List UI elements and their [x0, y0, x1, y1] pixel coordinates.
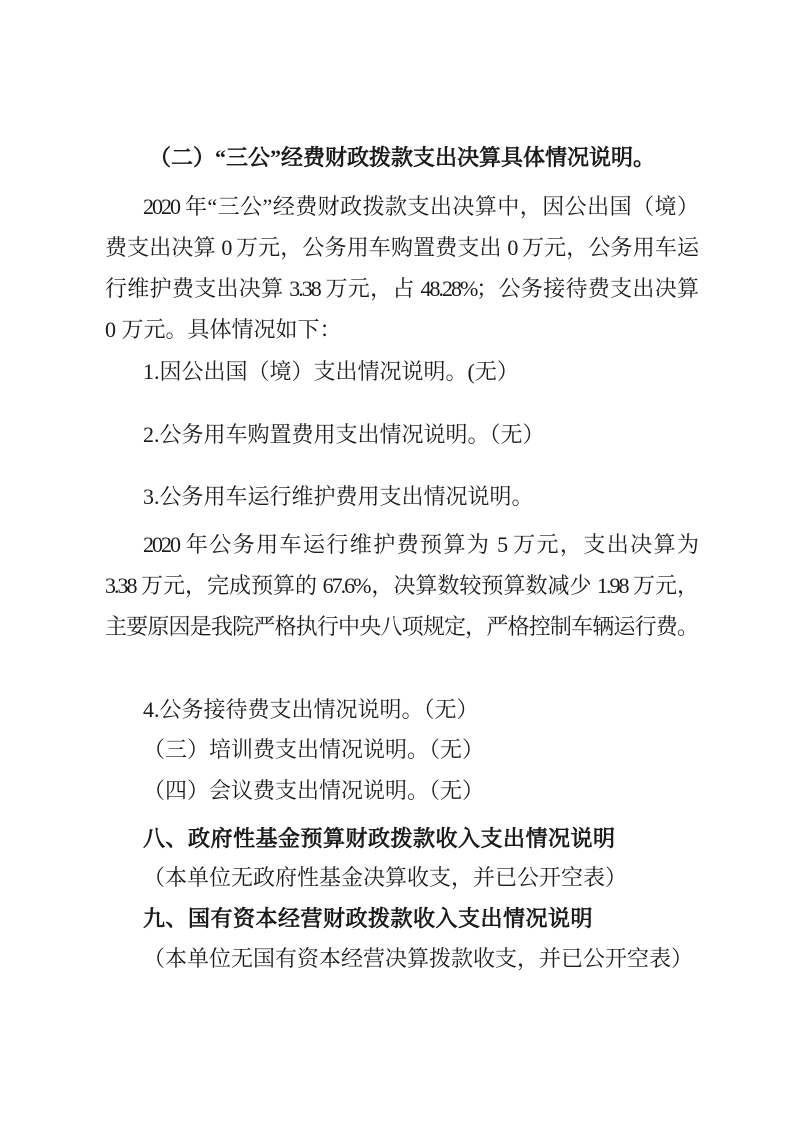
para-1-line-4: 0 万元。具体情况如下： — [105, 315, 697, 344]
section-4-line: （四）会议费支出情况说明。（无） — [105, 776, 697, 805]
para-2-line-1: 2020 年公务用车运行维护费预算为 5 万元，支出决算为 — [105, 530, 697, 559]
para-1-line-3: 行维护费支出决算 3.38 万元，占 48.28%；公务接待费支出决算 — [105, 274, 697, 303]
para-1-line-1: 2020 年“三公”经费财政拨款支出决算中，因公出国（境） — [105, 192, 697, 221]
section-8-note: （本单位无政府性基金决算收支，并已公开空表） — [105, 863, 697, 892]
section-9-note: （本单位无国有资本经营决算拨款收支，并已公开空表） — [105, 944, 697, 973]
document-page: （二）“三公”经费财政拨款支出决算具体情况说明。 2020 年“三公”经费财政拨… — [0, 0, 800, 1131]
para-1-line-2: 费支出决算 0 万元，公务用车购置费支出 0 万元，公务用车运 — [105, 233, 697, 262]
list-item-1: 1.因公出国（境）支出情况说明。(无） — [105, 357, 697, 386]
section-8-heading: 八、政府性基金预算财政拨款收入支出情况说明 — [105, 824, 697, 853]
section-9-heading: 九、国有资本经营财政拨款收入支出情况说明 — [105, 904, 697, 933]
list-item-3: 3.公务用车运行维护费用支出情况说明。 — [105, 482, 697, 511]
list-item-4: 4.公务接待费支出情况说明。（无） — [105, 695, 697, 724]
para-2-line-3: 主要原因是我院严格执行中央八项规定，严格控制车辆运行费。 — [105, 612, 697, 641]
section-2-heading: （二）“三公”经费财政拨款支出决算具体情况说明。 — [105, 143, 697, 172]
list-item-2: 2.公务用车购置费用支出情况说明。（无） — [105, 420, 697, 449]
para-2-line-2: 3.38 万元，完成预算的 67.6%，决算数较预算数减少 1.98 万元， — [105, 571, 697, 600]
section-3-line: （三）培训费支出情况说明。（无） — [105, 735, 697, 764]
